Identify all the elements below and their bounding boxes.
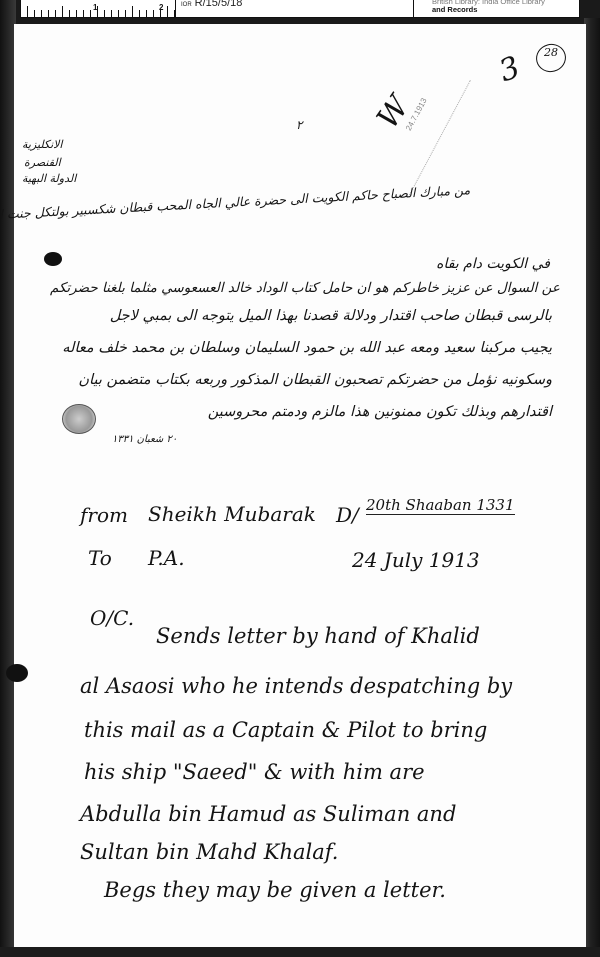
small-mark: ٢	[296, 118, 302, 132]
wax-seal	[62, 404, 96, 434]
ruler-tick	[97, 6, 98, 17]
ruler-tick	[41, 10, 42, 17]
arabic-date-note: ٢٠ شعبان ١٣٣١	[112, 434, 177, 445]
ruler-tick	[55, 10, 56, 17]
ruler-tick	[160, 10, 161, 17]
summary-line: this mail as a Captain & Pilot to bring	[84, 718, 487, 742]
ruler-tick	[167, 6, 168, 17]
arabic-letter-line: في الكويت دام بقاه	[436, 256, 550, 272]
docket-date-prefix: D/	[336, 503, 359, 527]
archive-reference: IORR/15/5/18	[176, 0, 414, 17]
archive-header-strip: 1 2 IORR/15/5/18 British Library: India …	[20, 0, 580, 18]
ruler-tick	[174, 10, 175, 17]
ruler-tick	[132, 6, 133, 17]
ruler-tick	[34, 10, 35, 17]
ink-blot	[44, 252, 62, 266]
ruler-tick	[48, 10, 49, 17]
ruler-tick	[83, 10, 84, 17]
summary-line: Begs they may be given a letter.	[104, 878, 446, 902]
summary-line: his ship "Saeed" & with him are	[84, 760, 425, 784]
ruler-tick	[62, 6, 63, 17]
ruler-tick	[146, 10, 147, 17]
library-credit: British Library: India Office Library an…	[414, 0, 579, 17]
arabic-letter-line: وسكونيه نؤمل من حضرتكم تصحبون القبطان ال…	[78, 372, 552, 388]
summary-line: Sultan bin Mahd Khalaf.	[80, 840, 338, 864]
ink-blot	[6, 664, 28, 682]
scan-right-border	[584, 18, 600, 957]
arabic-margin-note: القنصرة	[24, 156, 61, 169]
folio-number: 28	[544, 46, 558, 59]
docket-date-gregorian: 24 July 1913	[352, 548, 480, 572]
ruler-tick	[118, 10, 119, 17]
ruler-tick	[153, 10, 154, 17]
scan-bottom-border	[0, 947, 600, 957]
summary-line: Sends letter by hand of Khalid	[156, 624, 480, 648]
docket-from-value: Sheikh Mubarak	[148, 502, 316, 526]
arabic-letter-line: بالرسى قبطان صاحب اقتدار ودلالة قصدنا به…	[110, 308, 552, 324]
ruler-tick	[76, 10, 77, 17]
ruler-tick	[111, 10, 112, 17]
docket-to-value: P.A.	[148, 546, 185, 570]
docket-from-label: from	[80, 503, 128, 527]
arabic-letter-line: يجيب مركبنا سعيد ومعه عبد الله بن حمود ا…	[62, 340, 552, 356]
ruler-tick	[69, 10, 70, 17]
arabic-margin-note: الانكليزية	[22, 138, 62, 151]
docket-to-label: To	[88, 546, 112, 570]
summary-line: al Asaosi who he intends despatching by	[80, 674, 512, 698]
ruler-tick	[125, 10, 126, 17]
ruler-tick	[27, 6, 28, 17]
summary-line: Abdulla bin Hamud as Suliman and	[80, 802, 456, 826]
scale-ruler: 1 2	[21, 0, 176, 17]
arabic-margin-note: الدولة البهية	[22, 172, 76, 185]
ruler-tick	[139, 10, 140, 17]
ruler-tick	[90, 10, 91, 17]
arabic-letter-line: عن السوال عن عزيز خاطركم هو ان حامل كتاب…	[50, 280, 560, 296]
docket-date-hijri: 20th Shaaban 1331	[366, 496, 515, 515]
summary-marker: O/C.	[90, 606, 134, 630]
ruler-tick	[104, 10, 105, 17]
arabic-letter-line: اقتدارهم وبذلك تكون ممنونين هذا مالزم ود…	[208, 404, 552, 420]
